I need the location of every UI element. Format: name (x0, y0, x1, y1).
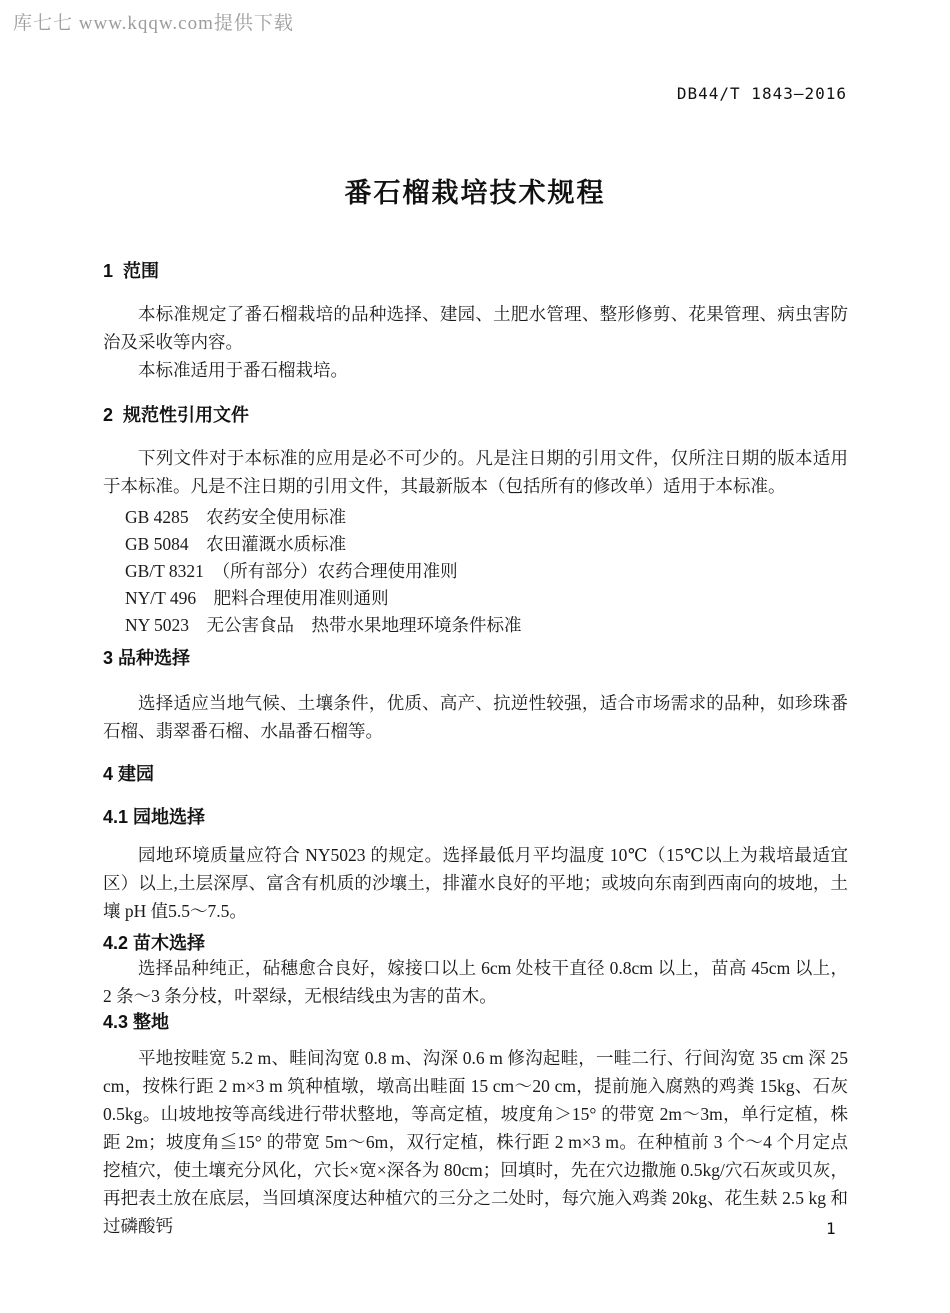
paragraph: 选择适应当地气候、土壤条件，优质、高产、抗逆性较强，适合市场需求的品种，如珍珠番… (103, 689, 848, 745)
paragraph: 本标准适用于番石榴栽培。 (103, 356, 848, 384)
section-heading-land-preparation: 4.3 整地 (103, 1011, 848, 1033)
reference-item: GB 5084 农田灌溉水质标准 (103, 531, 848, 558)
document-title: 番石榴栽培技术规程 (0, 171, 950, 210)
section-heading-orchard-establishment: 4 建园 (103, 763, 848, 785)
document-page: 库七七 www.kqqw.com提供下载 DB44/T 1843—2016 番石… (0, 0, 950, 1313)
section-heading-scope: 1 范围 (103, 260, 848, 282)
reference-item: NY/T 496 肥料合理使用准则通则 (103, 585, 848, 612)
paragraph: 下列文件对于本标准的应用是必不可少的。凡是注日期的引用文件，仅所注日期的版本适用… (103, 444, 848, 500)
reference-item: NY 5023 无公害食品 热带水果地理环境条件标准 (103, 612, 848, 639)
paragraph: 平地按畦宽 5.2 m、畦间沟宽 0.8 m、沟深 0.6 m 修沟起畦，一畦二… (103, 1044, 848, 1240)
section-heading-normative-references: 2 规范性引用文件 (103, 404, 848, 426)
section-heading-variety-selection: 3 品种选择 (103, 647, 848, 669)
document-body: 1 范围 本标准规定了番石榴栽培的品种选择、建园、土肥水管理、整形修剪、花果管理… (103, 240, 848, 1240)
paragraph: 园地环境质量应符合 NY5023 的规定。选择最低月平均温度 10℃（15℃以上… (103, 841, 848, 925)
reference-list: GB 4285 农药安全使用标准 GB 5084 农田灌溉水质标准 GB/T 8… (103, 504, 848, 639)
section-heading-seedling-selection: 4.2 苗木选择 (103, 932, 848, 954)
reference-item: GB 4285 农药安全使用标准 (103, 504, 848, 531)
watermark-text: 库七七 www.kqqw.com提供下载 (13, 8, 294, 35)
page-number: 1 (826, 1219, 836, 1238)
standard-code: DB44/T 1843—2016 (677, 84, 847, 103)
reference-item: GB/T 8321 （所有部分）农药合理使用准则 (103, 558, 848, 585)
section-heading-site-selection: 4.1 园地选择 (103, 806, 848, 828)
paragraph: 选择品种纯正，砧穗愈合良好，嫁接口以上 6cm 处枝干直径 0.8cm 以上，苗… (103, 954, 848, 1010)
paragraph: 本标准规定了番石榴栽培的品种选择、建园、土肥水管理、整形修剪、花果管理、病虫害防… (103, 300, 848, 356)
